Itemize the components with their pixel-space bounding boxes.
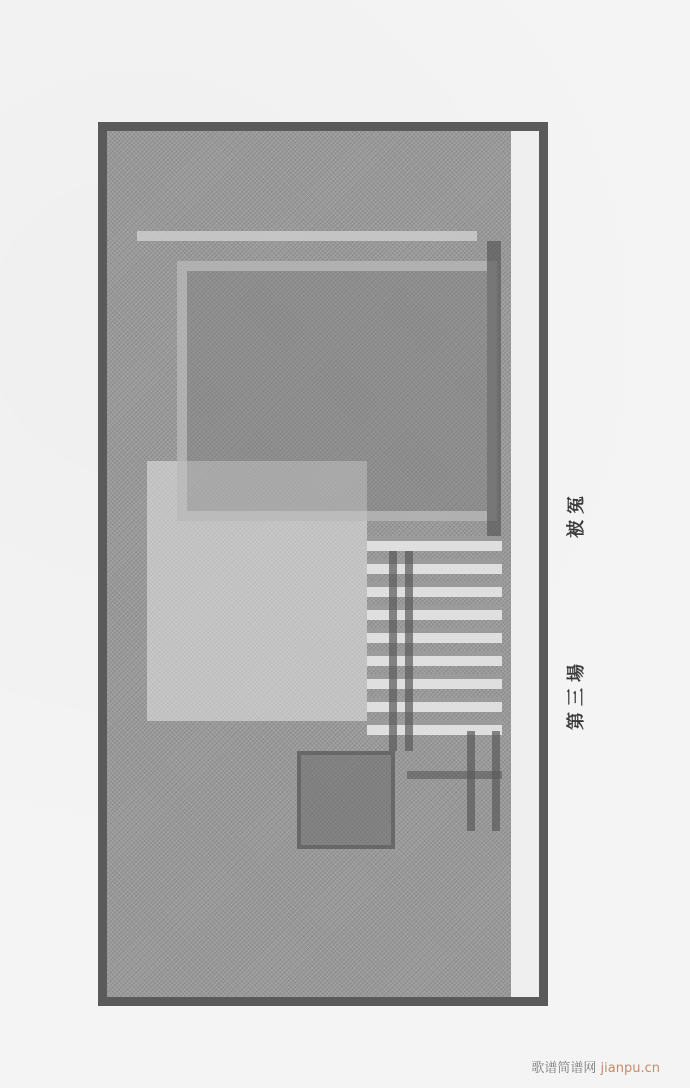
stair-step [367, 697, 502, 712]
stair-step [367, 605, 502, 620]
side-table [297, 751, 395, 849]
scanned-page: 第三場被冤 歌谱简谱网 jianpu.cn [0, 0, 690, 1088]
side-pillar [487, 241, 501, 541]
stair-step [367, 582, 502, 597]
railing-post [405, 551, 413, 751]
stage-photograph [107, 131, 511, 997]
watermark-site: jianpu.cn [601, 1061, 660, 1076]
plate-caption: 第三場被冤 [560, 430, 590, 790]
stair-step [367, 628, 502, 643]
caption-margin [511, 131, 539, 997]
table-rail [407, 771, 502, 779]
photo-plate-frame [98, 122, 548, 1006]
stair-step [367, 536, 502, 551]
stair-step [367, 674, 502, 689]
top-beam [137, 231, 477, 241]
railing-post [389, 551, 397, 751]
table-leg [467, 731, 475, 831]
caption-title: 被冤 [566, 490, 587, 538]
caption-scene: 第三場 [566, 658, 587, 730]
stair-step [367, 720, 502, 735]
table-leg [492, 731, 500, 831]
stair-step [367, 651, 502, 666]
backdrop-panel [177, 261, 497, 521]
stair-step [367, 559, 502, 574]
watermark-cn: 歌谱简谱网 [531, 1061, 596, 1076]
watermark: 歌谱简谱网 jianpu.cn [531, 1057, 660, 1076]
